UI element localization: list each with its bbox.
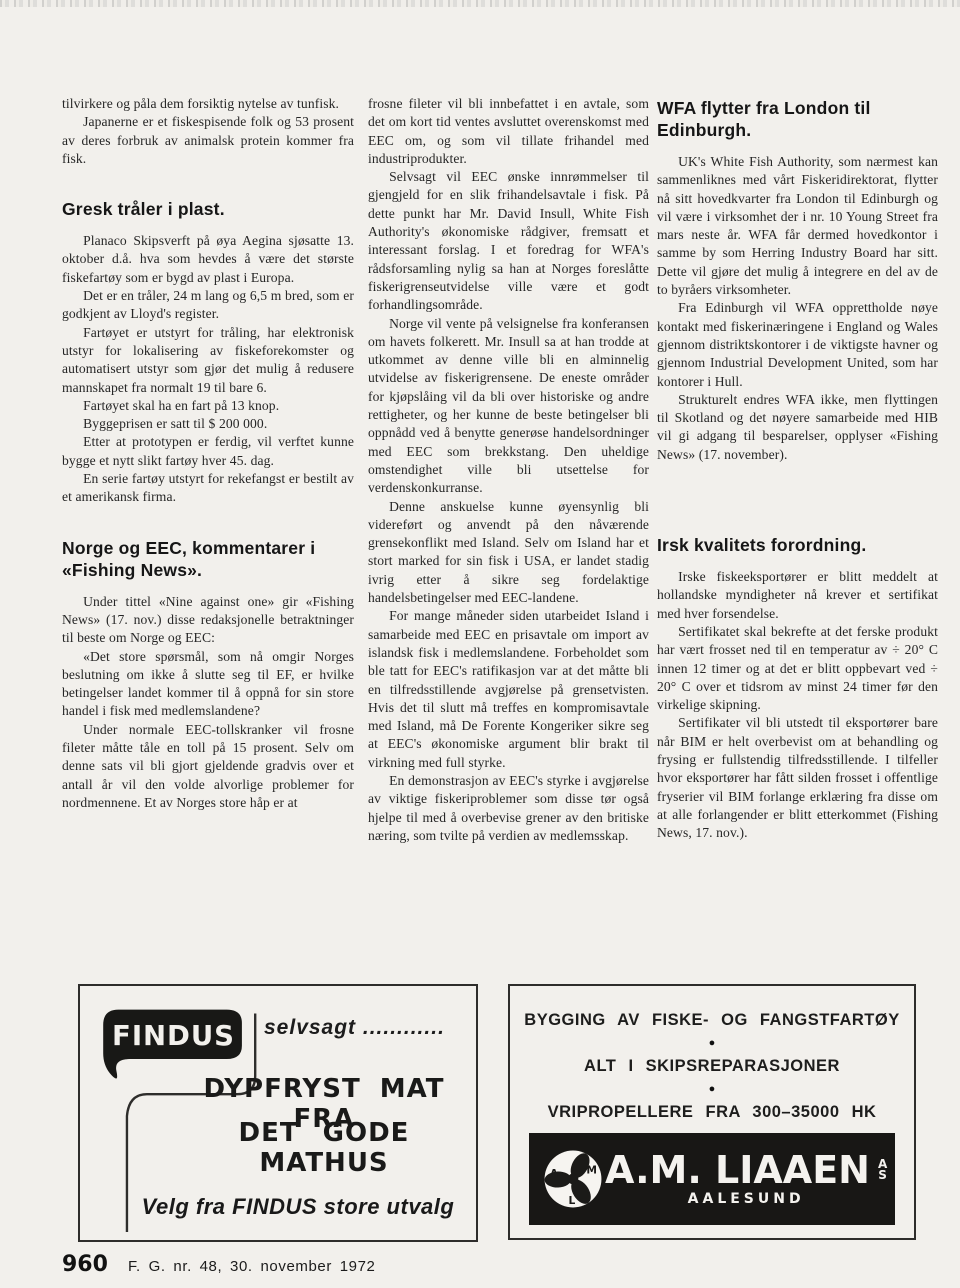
paragraph: Byggeprisen er satt til $ 200 000.: [62, 415, 354, 433]
paragraph: Norge vil vente på velsignelse fra konfe…: [368, 315, 649, 498]
bullet-icon: ●: [709, 1038, 716, 1049]
paragraph: Sertifikater vil bli utstedt til eksport…: [657, 714, 938, 842]
liaaen-ad: BYGGING AV FISKE- OG FANGSTFARTØY ● ALT …: [508, 984, 916, 1240]
paragraph: Fartøyet skal ha en fart på 13 knop.: [62, 397, 354, 415]
liaaen-city-text: AALESUND: [688, 1191, 805, 1207]
paragraph: Det er en tråler, 24 m lang og 6,5 m bre…: [62, 287, 354, 324]
monogram-letter-m: M: [586, 1164, 597, 1177]
paragraph: Under normale EEC-tollskranker vil frosn…: [62, 721, 354, 812]
column-left: tilvirkere og påla dem forsiktig nytelse…: [62, 95, 354, 812]
column-middle: frosne fileter vil bli innbefattet i en …: [368, 95, 649, 845]
paragraph: Selvsagt vil EEC ønske innrømmelser til …: [368, 168, 649, 314]
liaaen-logo: A M L A.M. LIAAEN A S AALESUND: [529, 1133, 895, 1225]
paragraph: tilvirkere og påla dem forsiktig nytelse…: [62, 95, 354, 113]
paragraph: Strukturelt endres WFA ikke, men flyttin…: [657, 391, 938, 464]
magazine-page: tilvirkere og påla dem forsiktig nytelse…: [0, 0, 960, 1288]
liaaen-brand-text: A.M. LIAAEN: [605, 1151, 870, 1189]
monogram-letter-a: A: [550, 1167, 559, 1180]
paragraph: Japanerne er et fiskespisende folk og 53…: [62, 113, 354, 168]
paragraph: Irske fiskeeksportører er blitt meddelt …: [657, 568, 938, 623]
findus-tagline: selvsagt ............: [264, 1016, 445, 1040]
paragraph: «Det store spørsmål, som nå omgir Norges…: [62, 648, 354, 721]
issue-line: F. G. nr. 48, 30. november 1972: [128, 1258, 376, 1275]
liaaen-ad-line1: BYGGING AV FISKE- OG FANGSTFARTØY: [524, 1011, 899, 1030]
scan-artifact-band: [0, 0, 960, 7]
paragraph: Fartøyet er utstyrt for tråling, har ele…: [62, 324, 354, 397]
column-right: WFA flytter fra London til Edinburgh. UK…: [657, 95, 938, 843]
liaaen-as-suffix: A S: [878, 1159, 887, 1181]
paragraph: Under tittel «Nine against one» gir «Fis…: [62, 593, 354, 648]
liaaen-ad-line3: VRIPROPELLERE FRA 300–35000 HK: [548, 1103, 877, 1122]
findus-logo-text: FINDUS: [112, 1020, 235, 1052]
paragraph: Etter at prototypen er ferdig, vil verft…: [62, 433, 354, 470]
findus-ad: FINDUS selvsagt ............ DYPFRYST MA…: [78, 984, 478, 1242]
paragraph: En demonstrasjon av EEC's styrke i avgjø…: [368, 772, 649, 845]
paragraph: Sertifikatet skal bekrefte at det ferske…: [657, 623, 938, 714]
findus-headline-line2: DET GODE MATHUS: [176, 1118, 472, 1178]
article-heading-gresk-traler: Gresk tråler i plast.: [62, 198, 354, 220]
liaaen-as-bottom: S: [878, 1170, 887, 1181]
liaaen-wordmark: A.M. LIAAEN A S AALESUND: [605, 1151, 887, 1207]
liaaen-ad-line2: ALT I SKIPSREPARASJONER: [584, 1057, 840, 1076]
paragraph: frosne fileter vil bli innbefattet i en …: [368, 95, 649, 168]
article-heading-irsk-kvalitet: Irsk kvalitets forordning.: [657, 534, 938, 556]
paragraph: Denne anskuelse kunne øyensynlig bli vid…: [368, 498, 649, 608]
page-number: 960: [62, 1252, 108, 1277]
paragraph: For mange måneder siden utarbeidet Islan…: [368, 607, 649, 772]
paragraph: Planaco Skipsverft på øya Aegina sjøsatt…: [62, 232, 354, 287]
propeller-icon: A M L: [541, 1147, 605, 1211]
article-heading-wfa-flytter: WFA flytter fra London til Edinburgh.: [657, 97, 938, 141]
paragraph: UK's White Fish Authority, som nærmest k…: [657, 153, 938, 299]
monogram-letter-l: L: [569, 1194, 576, 1207]
findus-slogan: Velg fra FINDUS store utvalg: [116, 1194, 480, 1220]
paragraph: Fra Edinburgh vil WFA opprettholde nøye …: [657, 299, 938, 390]
page-footer: 960 F. G. nr. 48, 30. november 1972: [62, 1252, 376, 1277]
bullet-icon: ●: [709, 1084, 716, 1095]
paragraph: En serie fartøy utstyrt for rekefangst e…: [62, 470, 354, 507]
article-heading-norge-eec: Norge og EEC, kommentarer i «Fishing New…: [62, 537, 354, 581]
